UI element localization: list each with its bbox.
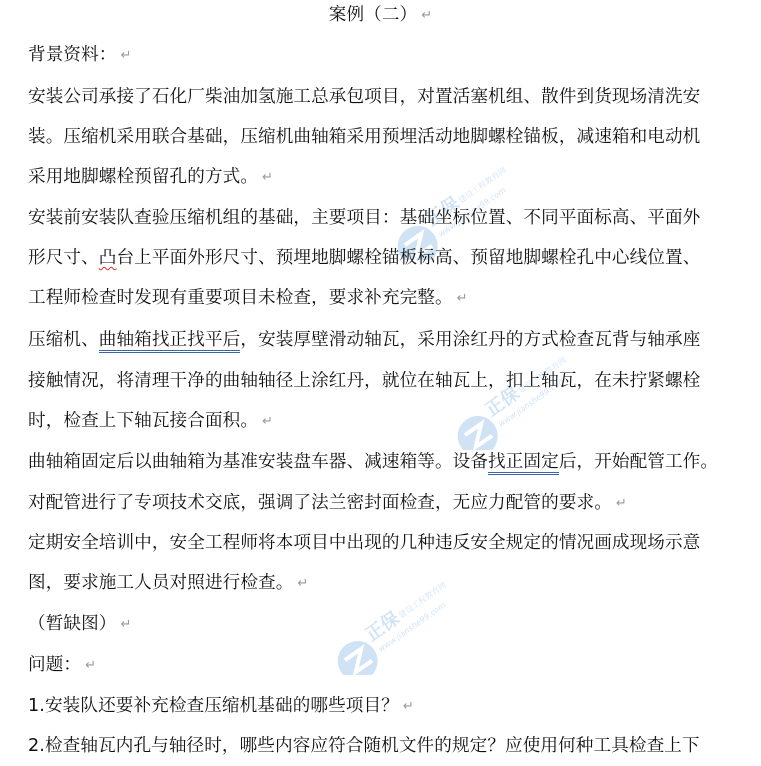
revision-underlined-text: 曲轴箱找正找平后 [99,330,241,353]
document-title: 案例（二）↵ [0,1,761,29]
text-line: 对配管进行了专项技术交底，强调了法兰密封面检查，无应力配管的要求。↵ [28,489,627,517]
text-line: 采用地脚螺栓预留孔的方式。↵ [28,163,273,191]
paragraph-mark-icon: ↵ [457,291,468,306]
text-segment: 定期安全培训中，安全工程师将本项目中出现的几种违反安全规定的情况画成现场示意 [28,533,700,553]
text-line: 曲轴箱固定后以曲轴箱为基准安装盘车器、减速箱等。设备找正固定后，开始配管工作。 [28,448,718,476]
paragraph-mark-icon: ↵ [421,8,432,23]
text-line: 形尺寸、凸台上平面外形尺寸、预埋地脚螺栓锚板标高、预留地脚螺栓孔中心线位置、 [28,244,700,272]
paragraph-mark-icon: ↵ [262,170,273,185]
text-segment: 形尺寸、 [28,248,99,268]
text-line: 装。压缩机采用联合基础，压缩机曲轴箱采用预埋活动地脚螺栓锚板，减速箱和电动机 [28,123,700,151]
document-page: 正保 建设工程教育网 www.jianshe99.com 正保 建设工程教育网 … [0,0,761,766]
text-segment: 问题： [28,655,81,675]
text-line: 1.安装队还要补充检查压缩机基础的哪些项目？↵ [28,692,414,720]
paragraph-mark-icon: ↵ [120,48,131,63]
text-line: 接触情况，将清理干净的曲轴轴径上涂红丹，就位在轴瓦上，扣上轴瓦，在未拧紧螺栓 [28,367,700,395]
text-segment: 接触情况，将清理干净的曲轴轴径上涂红丹，就位在轴瓦上，扣上轴瓦，在未拧紧螺栓 [28,371,700,391]
text-line: 问题：↵ [28,651,96,679]
text-line: 压缩机、曲轴箱找正找平后，安装厚壁滑动轴瓦，采用涂红丹的方式检查瓦背与轴承座 [28,326,700,354]
text-segment: 安装公司承接了石化厂柴油加氢施工总承包项目，对置活塞机组、散件到货现场清洗安 [28,87,700,107]
svg-text:建设工程教育网: 建设工程教育网 [396,580,448,620]
text-segment: 1.安装队还要补充检查压缩机基础的哪些项目？ [28,696,399,716]
paragraph-mark-icon: ↵ [262,414,273,429]
paragraph-mark-icon: ↵ [616,496,627,511]
revision-underlined-text: 找正固定 [488,452,559,475]
text-segment: 工程师检查时发现有重要项目未检查，要求补充完整。 [28,288,453,308]
svg-text:正保: 正保 [361,607,403,646]
svg-text:www.jianshe99.com: www.jianshe99.com [377,600,448,653]
text-segment: 图，要求施工人员对照进行检查。 [28,573,293,593]
svg-text:建设工程教育网: 建设工程教育网 [456,165,508,205]
text-segment: 装。压缩机采用联合基础，压缩机曲轴箱采用预埋活动地脚螺栓锚板，减速箱和电动机 [28,127,700,147]
spellcheck-flagged-text: 凸 [99,248,117,268]
paragraph-mark-icon: ↵ [85,658,96,673]
text-segment: 曲轴箱固定后以曲轴箱为基准安装盘车器、减速箱等。设备 [28,452,488,472]
text-line: 2.检查轴瓦内孔与轴径时，哪些内容应符合随机文件的规定？应使用何种工具检查上下 [28,732,700,760]
paragraph-mark-icon: ↵ [120,617,131,632]
text-line: 安装前安装队查验压缩机组的基础，主要项目：基础坐标位置、不同平面标高、平面外 [28,204,700,232]
title-text: 案例（二） [329,5,417,25]
text-line: 图，要求施工人员对照进行检查。↵ [28,569,308,597]
text-segment: 时，检查上下轴瓦接合面积。 [28,411,258,431]
text-segment: ，安装厚壁滑动轴瓦，采用涂红丹的方式检查瓦背与轴承座 [240,330,700,350]
text-segment: 压缩机、 [28,330,99,350]
text-segment: 对配管进行了专项技术交底，强调了法兰密封面检查，无应力配管的要求。 [28,493,612,513]
text-segment: 后，开始配管工作。 [559,452,718,472]
text-line: 定期安全培训中，安全工程师将本项目中出现的几种违反安全规定的情况画成现场示意 [28,529,700,557]
text-line: 工程师检查时发现有重要项目未检查，要求补充完整。↵ [28,284,468,312]
background-label: 背景资料： [28,45,116,65]
text-segment: （暂缺图） [28,614,116,634]
paragraph-mark-icon: ↵ [297,576,308,591]
section-label-background: 背景资料：↵ [28,41,131,69]
text-line: （暂缺图）↵ [28,610,131,638]
watermark-logo-icon: 正保 建设工程教育网 www.jianshe99.com [300,565,480,675]
text-segment: 台上平面外形尺寸、预埋地脚螺栓锚板标高、预留地脚螺栓孔中心线位置、 [116,248,700,268]
paragraph-mark-icon: ↵ [403,699,414,714]
text-segment: 2.检查轴瓦内孔与轴径时，哪些内容应符合随机文件的规定？应使用何种工具检查上下 [28,736,700,756]
text-line: 时，检查上下轴瓦接合面积。↵ [28,407,273,435]
text-segment: 安装前安装队查验压缩机组的基础，主要项目：基础坐标位置、不同平面标高、平面外 [28,208,700,228]
watermark-logo-icon: 正保 建设工程教育网 www.jianshe99.com [420,340,600,450]
text-line: 安装公司承接了石化厂柴油加氢施工总承包项目，对置活塞机组、散件到货现场清洗安 [28,83,700,111]
text-segment: 采用地脚螺栓预留孔的方式。 [28,167,258,187]
